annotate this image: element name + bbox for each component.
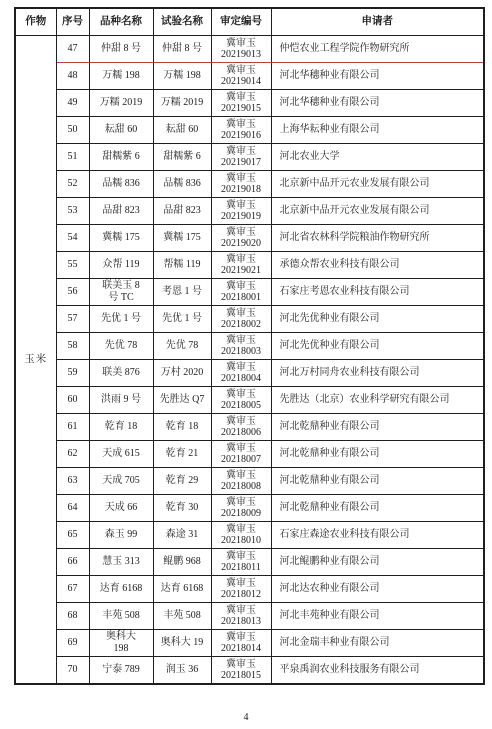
applicant-cell: 北京新中品开元农业发展有限公司 bbox=[271, 171, 484, 198]
approval-cell: 冀审玉20218014 bbox=[211, 630, 271, 657]
crop-cell: 玉米 bbox=[15, 36, 56, 685]
header-crop: 作物 bbox=[15, 8, 56, 36]
approval-number: 20218006 bbox=[214, 427, 269, 439]
trial-cell: 先胜达 Q7 bbox=[153, 387, 211, 414]
approval-cell: 冀审玉20218001 bbox=[211, 279, 271, 306]
trial-cell: 万糯 198 bbox=[153, 63, 211, 90]
approval-number: 20219021 bbox=[214, 265, 269, 277]
applicant-cell: 河北省农林科学院粮油作物研究所 bbox=[271, 225, 484, 252]
applicant-cell: 石家庄森途农业科技有限公司 bbox=[271, 522, 484, 549]
approval-number: 20219019 bbox=[214, 211, 269, 223]
applicant-cell: 河北先优种业有限公司 bbox=[271, 333, 484, 360]
approval-prefix: 冀审玉 bbox=[214, 632, 269, 644]
seq-cell: 66 bbox=[56, 549, 89, 576]
trial-cell: 乾育 21 bbox=[153, 441, 211, 468]
seq-cell: 48 bbox=[56, 63, 89, 90]
trial-cell: 先优 1 号 bbox=[153, 306, 211, 333]
approval-prefix: 冀审玉 bbox=[214, 659, 269, 671]
approval-prefix: 冀审玉 bbox=[214, 389, 269, 401]
table-row: 53品甜 823品甜 823冀审玉20219019北京新中品开元农业发展有限公司 bbox=[15, 198, 484, 225]
header-applicant: 申请者 bbox=[271, 8, 484, 36]
approval-prefix: 冀审玉 bbox=[214, 335, 269, 347]
approval-number: 20218014 bbox=[214, 643, 269, 655]
variety-cell: 丰苑 508 bbox=[89, 603, 153, 630]
table-row: 51甜糯紫 6甜糯紫 6冀审玉20219017河北农业大学 bbox=[15, 144, 484, 171]
approval-prefix: 冀审玉 bbox=[214, 254, 269, 266]
table-row: 55众帮 119帮糯 119冀审玉20219021承德众帮农业科技有限公司 bbox=[15, 252, 484, 279]
variety-cell: 乾育 18 bbox=[89, 414, 153, 441]
variety-cell: 众帮 119 bbox=[89, 252, 153, 279]
header-seq: 序号 bbox=[56, 8, 89, 36]
applicant-cell: 河北鲲鹏种业有限公司 bbox=[271, 549, 484, 576]
seq-cell: 60 bbox=[56, 387, 89, 414]
variety-cell: 耘甜 60 bbox=[89, 117, 153, 144]
applicant-cell: 河北达农种业有限公司 bbox=[271, 576, 484, 603]
approval-prefix: 冀审玉 bbox=[214, 65, 269, 77]
seq-cell: 64 bbox=[56, 495, 89, 522]
approval-number: 20218004 bbox=[214, 373, 269, 385]
approval-prefix: 冀审玉 bbox=[214, 173, 269, 185]
table-row-highlighted: 玉米47仲甜 8 号仲甜 8 号冀审玉20219013仲恺农业工程学院作物研究所 bbox=[15, 36, 484, 63]
trial-cell: 甜糯紫 6 bbox=[153, 144, 211, 171]
approval-number: 20219017 bbox=[214, 157, 269, 169]
table-header-row: 作物 序号 品种名称 试验名称 审定编号 申请者 bbox=[15, 8, 484, 36]
table-row: 56联美玉 8 号 TC考恩 1 号冀审玉20218001石家庄考恩农业科技有限… bbox=[15, 279, 484, 306]
trial-cell: 万糯 2019 bbox=[153, 90, 211, 117]
approval-cell: 冀审玉20219019 bbox=[211, 198, 271, 225]
table-row: 49万糯 2019万糯 2019冀审玉20219015河北华穗种业有限公司 bbox=[15, 90, 484, 117]
seq-cell: 56 bbox=[56, 279, 89, 306]
trial-cell: 耘甜 60 bbox=[153, 117, 211, 144]
approval-number: 20219015 bbox=[214, 103, 269, 115]
approval-number: 20218008 bbox=[214, 481, 269, 493]
trial-cell: 万村 2020 bbox=[153, 360, 211, 387]
variety-cell: 品甜 823 bbox=[89, 198, 153, 225]
applicant-cell: 河北华穗种业有限公司 bbox=[271, 63, 484, 90]
approval-cell: 冀审玉20218003 bbox=[211, 333, 271, 360]
approval-cell: 冀审玉20218005 bbox=[211, 387, 271, 414]
approval-number: 20219016 bbox=[214, 130, 269, 142]
approval-prefix: 冀审玉 bbox=[214, 200, 269, 212]
applicant-cell: 先胜达（北京）农业科学研究有限公司 bbox=[271, 387, 484, 414]
seq-cell: 57 bbox=[56, 306, 89, 333]
table-row: 52品糯 836品糯 836冀审玉20219018北京新中品开元农业发展有限公司 bbox=[15, 171, 484, 198]
seq-cell: 63 bbox=[56, 468, 89, 495]
variety-cell: 天成 705 bbox=[89, 468, 153, 495]
approval-cell: 冀审玉20218011 bbox=[211, 549, 271, 576]
applicant-cell: 河北万村同舟农业科技有限公司 bbox=[271, 360, 484, 387]
approval-cell: 冀审玉20219013 bbox=[211, 36, 271, 63]
trial-cell: 考恩 1 号 bbox=[153, 279, 211, 306]
seq-cell: 47 bbox=[56, 36, 89, 63]
approval-prefix: 冀审玉 bbox=[214, 281, 269, 293]
variety-cell: 奥科大 198 bbox=[89, 630, 153, 657]
header-approval: 审定编号 bbox=[211, 8, 271, 36]
trial-cell: 鲲鹏 968 bbox=[153, 549, 211, 576]
trial-cell: 森途 31 bbox=[153, 522, 211, 549]
applicant-cell: 河北丰苑种业有限公司 bbox=[271, 603, 484, 630]
table-row: 70宁泰 789润玉 36冀审玉20218015平泉禹润农业科技服务有限公司 bbox=[15, 657, 484, 685]
table-row: 57先优 1 号先优 1 号冀审玉20218002河北先优种业有限公司 bbox=[15, 306, 484, 333]
approval-prefix: 冀审玉 bbox=[214, 362, 269, 374]
variety-cell: 先优 78 bbox=[89, 333, 153, 360]
seq-cell: 55 bbox=[56, 252, 89, 279]
trial-cell: 乾育 30 bbox=[153, 495, 211, 522]
approval-prefix: 冀审玉 bbox=[214, 92, 269, 104]
table-row: 69奥科大 198奥科大 19冀审玉20218014河北金瑞丰种业有限公司 bbox=[15, 630, 484, 657]
approval-cell: 冀审玉20219017 bbox=[211, 144, 271, 171]
approval-number: 20219020 bbox=[214, 238, 269, 250]
variety-cell: 冀糯 175 bbox=[89, 225, 153, 252]
variety-cell: 宁泰 789 bbox=[89, 657, 153, 685]
applicant-cell: 仲恺农业工程学院作物研究所 bbox=[271, 36, 484, 63]
seq-cell: 52 bbox=[56, 171, 89, 198]
approval-number: 20218007 bbox=[214, 454, 269, 466]
seq-cell: 61 bbox=[56, 414, 89, 441]
table-row: 65森玉 99森途 31冀审玉20218010石家庄森途农业科技有限公司 bbox=[15, 522, 484, 549]
applicant-cell: 平泉禹润农业科技服务有限公司 bbox=[271, 657, 484, 685]
trial-cell: 丰苑 508 bbox=[153, 603, 211, 630]
table-row: 66慧玉 313鲲鹏 968冀审玉20218011河北鲲鹏种业有限公司 bbox=[15, 549, 484, 576]
trial-cell: 达育 6168 bbox=[153, 576, 211, 603]
applicant-cell: 河北乾鼎种业有限公司 bbox=[271, 441, 484, 468]
applicant-cell: 河北华穗种业有限公司 bbox=[271, 90, 484, 117]
approval-prefix: 冀审玉 bbox=[214, 551, 269, 563]
approval-number: 20219018 bbox=[214, 184, 269, 196]
approval-cell: 冀审玉20219020 bbox=[211, 225, 271, 252]
seq-cell: 69 bbox=[56, 630, 89, 657]
trial-cell: 奥科大 19 bbox=[153, 630, 211, 657]
approval-cell: 冀审玉20218010 bbox=[211, 522, 271, 549]
table-row: 67达育 6168达育 6168冀审玉20218012河北达农种业有限公司 bbox=[15, 576, 484, 603]
approval-prefix: 冀审玉 bbox=[214, 497, 269, 509]
header-trial: 试验名称 bbox=[153, 8, 211, 36]
approval-number: 20218015 bbox=[214, 670, 269, 682]
approval-number: 20218013 bbox=[214, 616, 269, 628]
approval-number: 20219014 bbox=[214, 76, 269, 88]
approval-cell: 冀审玉20219015 bbox=[211, 90, 271, 117]
variety-cell: 万糯 2019 bbox=[89, 90, 153, 117]
applicant-cell: 河北金瑞丰种业有限公司 bbox=[271, 630, 484, 657]
approval-number: 20219013 bbox=[214, 49, 269, 61]
approval-prefix: 冀审玉 bbox=[214, 524, 269, 536]
seq-cell: 51 bbox=[56, 144, 89, 171]
applicant-cell: 河北乾鼎种业有限公司 bbox=[271, 468, 484, 495]
approval-prefix: 冀审玉 bbox=[214, 443, 269, 455]
applicant-cell: 河北农业大学 bbox=[271, 144, 484, 171]
table-row: 58先优 78先优 78冀审玉20218003河北先优种业有限公司 bbox=[15, 333, 484, 360]
seq-cell: 59 bbox=[56, 360, 89, 387]
trial-cell: 仲甜 8 号 bbox=[153, 36, 211, 63]
applicant-cell: 承德众帮农业科技有限公司 bbox=[271, 252, 484, 279]
trial-cell: 乾育 18 bbox=[153, 414, 211, 441]
approval-number: 20218001 bbox=[214, 292, 269, 304]
variety-cell: 洪雨 9 号 bbox=[89, 387, 153, 414]
table-row: 68丰苑 508丰苑 508冀审玉20218013河北丰苑种业有限公司 bbox=[15, 603, 484, 630]
page-number: 4 bbox=[0, 712, 492, 723]
table-row: 48万糯 198万糯 198冀审玉20219014河北华穗种业有限公司 bbox=[15, 63, 484, 90]
approval-cell: 冀审玉20219021 bbox=[211, 252, 271, 279]
approval-prefix: 冀审玉 bbox=[214, 38, 269, 50]
table-row: 64天成 66乾育 30冀审玉20218009河北乾鼎种业有限公司 bbox=[15, 495, 484, 522]
approval-cell: 冀审玉20219016 bbox=[211, 117, 271, 144]
seq-cell: 65 bbox=[56, 522, 89, 549]
variety-approval-table: 作物 序号 品种名称 试验名称 审定编号 申请者 玉米47仲甜 8 号仲甜 8 … bbox=[14, 7, 485, 685]
header-variety: 品种名称 bbox=[89, 8, 153, 36]
approval-prefix: 冀审玉 bbox=[214, 605, 269, 617]
approval-prefix: 冀审玉 bbox=[214, 308, 269, 320]
table-row: 63天成 705乾育 29冀审玉20218008河北乾鼎种业有限公司 bbox=[15, 468, 484, 495]
variety-cell: 甜糯紫 6 bbox=[89, 144, 153, 171]
approval-cell: 冀审玉20219018 bbox=[211, 171, 271, 198]
applicant-cell: 河北乾鼎种业有限公司 bbox=[271, 414, 484, 441]
approval-prefix: 冀审玉 bbox=[214, 470, 269, 482]
approval-cell: 冀审玉20218006 bbox=[211, 414, 271, 441]
seq-cell: 50 bbox=[56, 117, 89, 144]
table-body: 玉米47仲甜 8 号仲甜 8 号冀审玉20219013仲恺农业工程学院作物研究所… bbox=[15, 36, 484, 685]
variety-cell: 联美 876 bbox=[89, 360, 153, 387]
trial-cell: 品糯 836 bbox=[153, 171, 211, 198]
variety-cell: 森玉 99 bbox=[89, 522, 153, 549]
trial-cell: 乾育 29 bbox=[153, 468, 211, 495]
approval-cell: 冀审玉20218008 bbox=[211, 468, 271, 495]
approval-cell: 冀审玉20218013 bbox=[211, 603, 271, 630]
applicant-cell: 上海华耘种业有限公司 bbox=[271, 117, 484, 144]
approval-prefix: 冀审玉 bbox=[214, 416, 269, 428]
table-row: 59联美 876万村 2020冀审玉20218004河北万村同舟农业科技有限公司 bbox=[15, 360, 484, 387]
approval-prefix: 冀审玉 bbox=[214, 146, 269, 158]
variety-cell: 慧玉 313 bbox=[89, 549, 153, 576]
table-row: 62天成 615乾育 21冀审玉20218007河北乾鼎种业有限公司 bbox=[15, 441, 484, 468]
variety-cell: 仲甜 8 号 bbox=[89, 36, 153, 63]
seq-cell: 68 bbox=[56, 603, 89, 630]
approval-number: 20218002 bbox=[214, 319, 269, 331]
table-row: 60洪雨 9 号先胜达 Q7冀审玉20218005先胜达（北京）农业科学研究有限… bbox=[15, 387, 484, 414]
trial-cell: 品甜 823 bbox=[153, 198, 211, 225]
variety-cell: 天成 66 bbox=[89, 495, 153, 522]
approval-cell: 冀审玉20218004 bbox=[211, 360, 271, 387]
variety-cell: 品糯 836 bbox=[89, 171, 153, 198]
approval-prefix: 冀审玉 bbox=[214, 578, 269, 590]
document-page: 作物 序号 品种名称 试验名称 审定编号 申请者 玉米47仲甜 8 号仲甜 8 … bbox=[0, 0, 492, 729]
approval-cell: 冀审玉20218002 bbox=[211, 306, 271, 333]
seq-cell: 62 bbox=[56, 441, 89, 468]
table-row: 50耘甜 60耘甜 60冀审玉20219016上海华耘种业有限公司 bbox=[15, 117, 484, 144]
approval-number: 20218010 bbox=[214, 535, 269, 547]
approval-prefix: 冀审玉 bbox=[214, 227, 269, 239]
approval-number: 20218003 bbox=[214, 346, 269, 358]
applicant-cell: 北京新中品开元农业发展有限公司 bbox=[271, 198, 484, 225]
seq-cell: 67 bbox=[56, 576, 89, 603]
approval-number: 20218005 bbox=[214, 400, 269, 412]
applicant-cell: 河北乾鼎种业有限公司 bbox=[271, 495, 484, 522]
trial-cell: 润玉 36 bbox=[153, 657, 211, 685]
approval-number: 20218012 bbox=[214, 589, 269, 601]
approval-prefix: 冀审玉 bbox=[214, 119, 269, 131]
seq-cell: 70 bbox=[56, 657, 89, 685]
variety-cell: 先优 1 号 bbox=[89, 306, 153, 333]
approval-cell: 冀审玉20219014 bbox=[211, 63, 271, 90]
approval-cell: 冀审玉20218007 bbox=[211, 441, 271, 468]
variety-cell: 联美玉 8 号 TC bbox=[89, 279, 153, 306]
trial-cell: 帮糯 119 bbox=[153, 252, 211, 279]
seq-cell: 53 bbox=[56, 198, 89, 225]
approval-cell: 冀审玉20218015 bbox=[211, 657, 271, 685]
approval-cell: 冀审玉20218012 bbox=[211, 576, 271, 603]
table-row: 61乾育 18乾育 18冀审玉20218006河北乾鼎种业有限公司 bbox=[15, 414, 484, 441]
approval-cell: 冀审玉20218009 bbox=[211, 495, 271, 522]
seq-cell: 49 bbox=[56, 90, 89, 117]
seq-cell: 54 bbox=[56, 225, 89, 252]
trial-cell: 冀糯 175 bbox=[153, 225, 211, 252]
variety-cell: 达育 6168 bbox=[89, 576, 153, 603]
seq-cell: 58 bbox=[56, 333, 89, 360]
approval-number: 20218009 bbox=[214, 508, 269, 520]
applicant-cell: 河北先优种业有限公司 bbox=[271, 306, 484, 333]
applicant-cell: 石家庄考恩农业科技有限公司 bbox=[271, 279, 484, 306]
variety-cell: 万糯 198 bbox=[89, 63, 153, 90]
approval-number: 20218011 bbox=[214, 562, 269, 574]
table-row: 54冀糯 175冀糯 175冀审玉20219020河北省农林科学院粮油作物研究所 bbox=[15, 225, 484, 252]
trial-cell: 先优 78 bbox=[153, 333, 211, 360]
variety-cell: 天成 615 bbox=[89, 441, 153, 468]
